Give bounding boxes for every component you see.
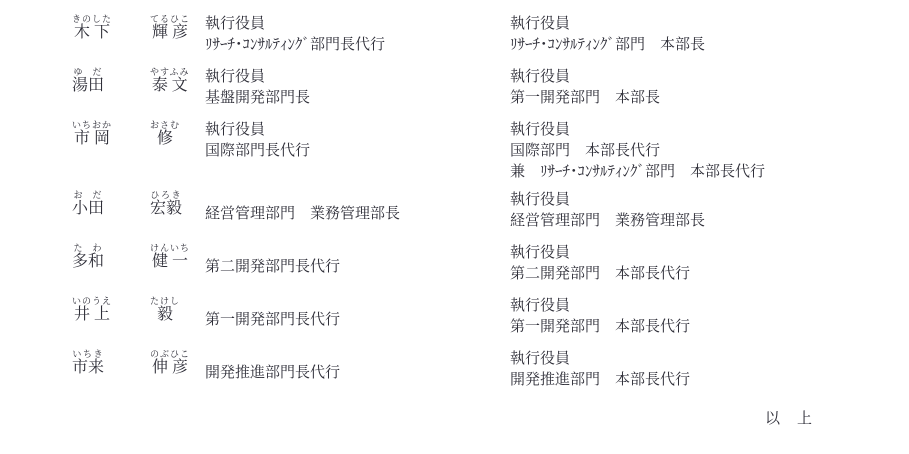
surname-ruby: 湯田ゆ だ [72,77,104,94]
given-furigana: のぶひこ [150,349,190,359]
old-title-line: ﾘｻｰﾁ･ｺﾝｻﾙﾃｨﾝｸﾞ部門長代行 [205,35,510,56]
officer-given-name: 泰文やすふみ [150,67,205,95]
old-title: 開発推進部門長代行 [205,349,510,384]
old-title-line: 執行役員 [205,120,510,141]
officer-row: 小田お だ 宏毅ひろき 経営管理部門 業務管理部長 執行役員 経営管理部門 業務… [72,190,909,232]
old-title: 第二開発部門長代行 [205,243,510,278]
new-title: 執行役員 第一開発部門 本部長代行 [510,296,909,338]
surname-text: 木下 [72,24,112,41]
surname-text: 湯田 [72,77,104,94]
officer-row: 市来いちき 伸彦のぶひこ 開発推進部門長代行 執行役員 開発推進部門 本部長代行 [72,349,909,391]
old-title-line: 執行役員 [205,14,510,35]
surname-furigana: た わ [72,243,104,253]
officer-appointment-document: 木下きのした 輝彦てるひこ 執行役員 ﾘｻｰﾁ･ｺﾝｻﾙﾃｨﾝｸﾞ部門長代行 執… [0,0,909,454]
new-title-line: 第一開発部門 本部長代行 [510,317,909,338]
new-title: 執行役員 第一開発部門 本部長 [510,67,909,109]
closing-mark: 以 上 [72,407,909,428]
given-ruby: 健一けんいち [150,253,190,270]
officer-given-name: 健一けんいち [150,243,205,271]
officer-surname: 井上いのうえ [72,296,150,324]
given-text: 毅 [150,306,180,323]
new-title-line: 執行役員 [510,243,909,264]
old-title-line: 基盤開発部門長 [205,88,510,109]
surname-text: 多和 [72,253,104,270]
officer-surname: 湯田ゆ だ [72,67,150,95]
old-title: 執行役員 ﾘｻｰﾁ･ｺﾝｻﾙﾃｨﾝｸﾞ部門長代行 [205,14,510,56]
surname-ruby: 多和た わ [72,253,104,270]
given-ruby: 毅たけし [150,306,180,323]
officer-surname: 市来いちき [72,349,150,377]
given-furigana: たけし [150,296,180,306]
officer-surname: 木下きのした [72,14,150,42]
old-title: 第一開発部門長代行 [205,296,510,331]
officer-row: 湯田ゆ だ 泰文やすふみ 執行役員 基盤開発部門長 執行役員 第一開発部門 本部… [72,67,909,109]
officer-row: 多和た わ 健一けんいち 第二開発部門長代行 執行役員 第二開発部門 本部長代行 [72,243,909,285]
officer-row: 井上いのうえ 毅たけし 第一開発部門長代行 執行役員 第一開発部門 本部長代行 [72,296,909,338]
surname-text: 市岡 [72,130,112,147]
new-title-line: 執行役員 [510,67,909,88]
officer-given-name: 伸彦のぶひこ [150,349,205,377]
given-text: 宏毅 [150,200,182,217]
new-title-line: 国際部門 本部長代行 [510,141,909,162]
officer-given-name: 輝彦てるひこ [150,14,205,42]
surname-furigana: いのうえ [72,296,112,306]
given-ruby: 泰文やすふみ [150,77,190,94]
old-title: 経営管理部門 業務管理部長 [205,190,510,225]
surname-ruby: 市来いちき [72,359,104,376]
given-text: 伸彦 [150,359,190,376]
given-text: 泰文 [150,77,190,94]
new-title: 執行役員 開発推進部門 本部長代行 [510,349,909,391]
officer-given-name: 宏毅ひろき [150,190,205,218]
given-ruby: 伸彦のぶひこ [150,359,190,376]
new-title-line: 第二開発部門 本部長代行 [510,264,909,285]
given-furigana: てるひこ [150,14,190,24]
new-title: 執行役員 ﾘｻｰﾁ･ｺﾝｻﾙﾃｨﾝｸﾞ部門 本部長 [510,14,909,56]
old-title-line: 第一開発部門長代行 [205,310,510,331]
old-title: 執行役員 国際部門長代行 [205,120,510,162]
surname-ruby: 木下きのした [72,24,112,41]
new-title-line: 執行役員 [510,349,909,370]
officer-row: 市岡いちおか 修おさむ 執行役員 国際部門長代行 執行役員 国際部門 本部長代行… [72,120,909,183]
new-title: 執行役員 経営管理部門 業務管理部長 [510,190,909,232]
new-title-line: 執行役員 [510,120,909,141]
old-title-line: 経営管理部門 業務管理部長 [205,204,510,225]
surname-furigana: お だ [72,190,104,200]
old-title-line: 第二開発部門長代行 [205,257,510,278]
given-text: 修 [150,130,180,147]
old-title-line: 国際部門長代行 [205,141,510,162]
new-title: 執行役員 第二開発部門 本部長代行 [510,243,909,285]
old-title-line: 開発推進部門長代行 [205,363,510,384]
new-title-line: 執行役員 [510,190,909,211]
new-title-line: 執行役員 [510,14,909,35]
given-ruby: 修おさむ [150,130,180,147]
new-title-line: ﾘｻｰﾁ･ｺﾝｻﾙﾃｨﾝｸﾞ部門 本部長 [510,35,909,56]
given-furigana: けんいち [150,243,190,253]
surname-text: 市来 [72,359,104,376]
surname-text: 小田 [72,200,104,217]
given-furigana: おさむ [150,120,180,130]
surname-ruby: 井上いのうえ [72,306,112,323]
officer-surname: 市岡いちおか [72,120,150,148]
given-furigana: やすふみ [150,67,190,77]
officer-surname: 多和た わ [72,243,150,271]
officer-given-name: 毅たけし [150,296,205,324]
new-title: 執行役員 国際部門 本部長代行 兼 ﾘｻｰﾁ･ｺﾝｻﾙﾃｨﾝｸﾞ部門 本部長代行 [510,120,909,183]
new-title-line: 経営管理部門 業務管理部長 [510,211,909,232]
given-ruby: 宏毅ひろき [150,200,182,217]
given-text: 健一 [150,253,190,270]
new-title-line: 第一開発部門 本部長 [510,88,909,109]
surname-furigana: ゆ だ [72,67,104,77]
new-title-line: 開発推進部門 本部長代行 [510,370,909,391]
given-ruby: 輝彦てるひこ [150,24,190,41]
given-text: 輝彦 [150,24,190,41]
new-title-line: 執行役員 [510,296,909,317]
surname-furigana: きのした [72,14,112,24]
old-title: 執行役員 基盤開発部門長 [205,67,510,109]
officer-row: 木下きのした 輝彦てるひこ 執行役員 ﾘｻｰﾁ･ｺﾝｻﾙﾃｨﾝｸﾞ部門長代行 執… [72,14,909,56]
officer-surname: 小田お だ [72,190,150,218]
old-title-line: 執行役員 [205,67,510,88]
officer-given-name: 修おさむ [150,120,205,148]
surname-furigana: いちおか [72,120,112,130]
new-title-line: 兼 ﾘｻｰﾁ･ｺﾝｻﾙﾃｨﾝｸﾞ部門 本部長代行 [510,162,909,183]
surname-ruby: 市岡いちおか [72,130,112,147]
given-furigana: ひろき [150,190,182,200]
surname-furigana: いちき [72,349,104,359]
surname-ruby: 小田お だ [72,200,104,217]
surname-text: 井上 [72,306,112,323]
